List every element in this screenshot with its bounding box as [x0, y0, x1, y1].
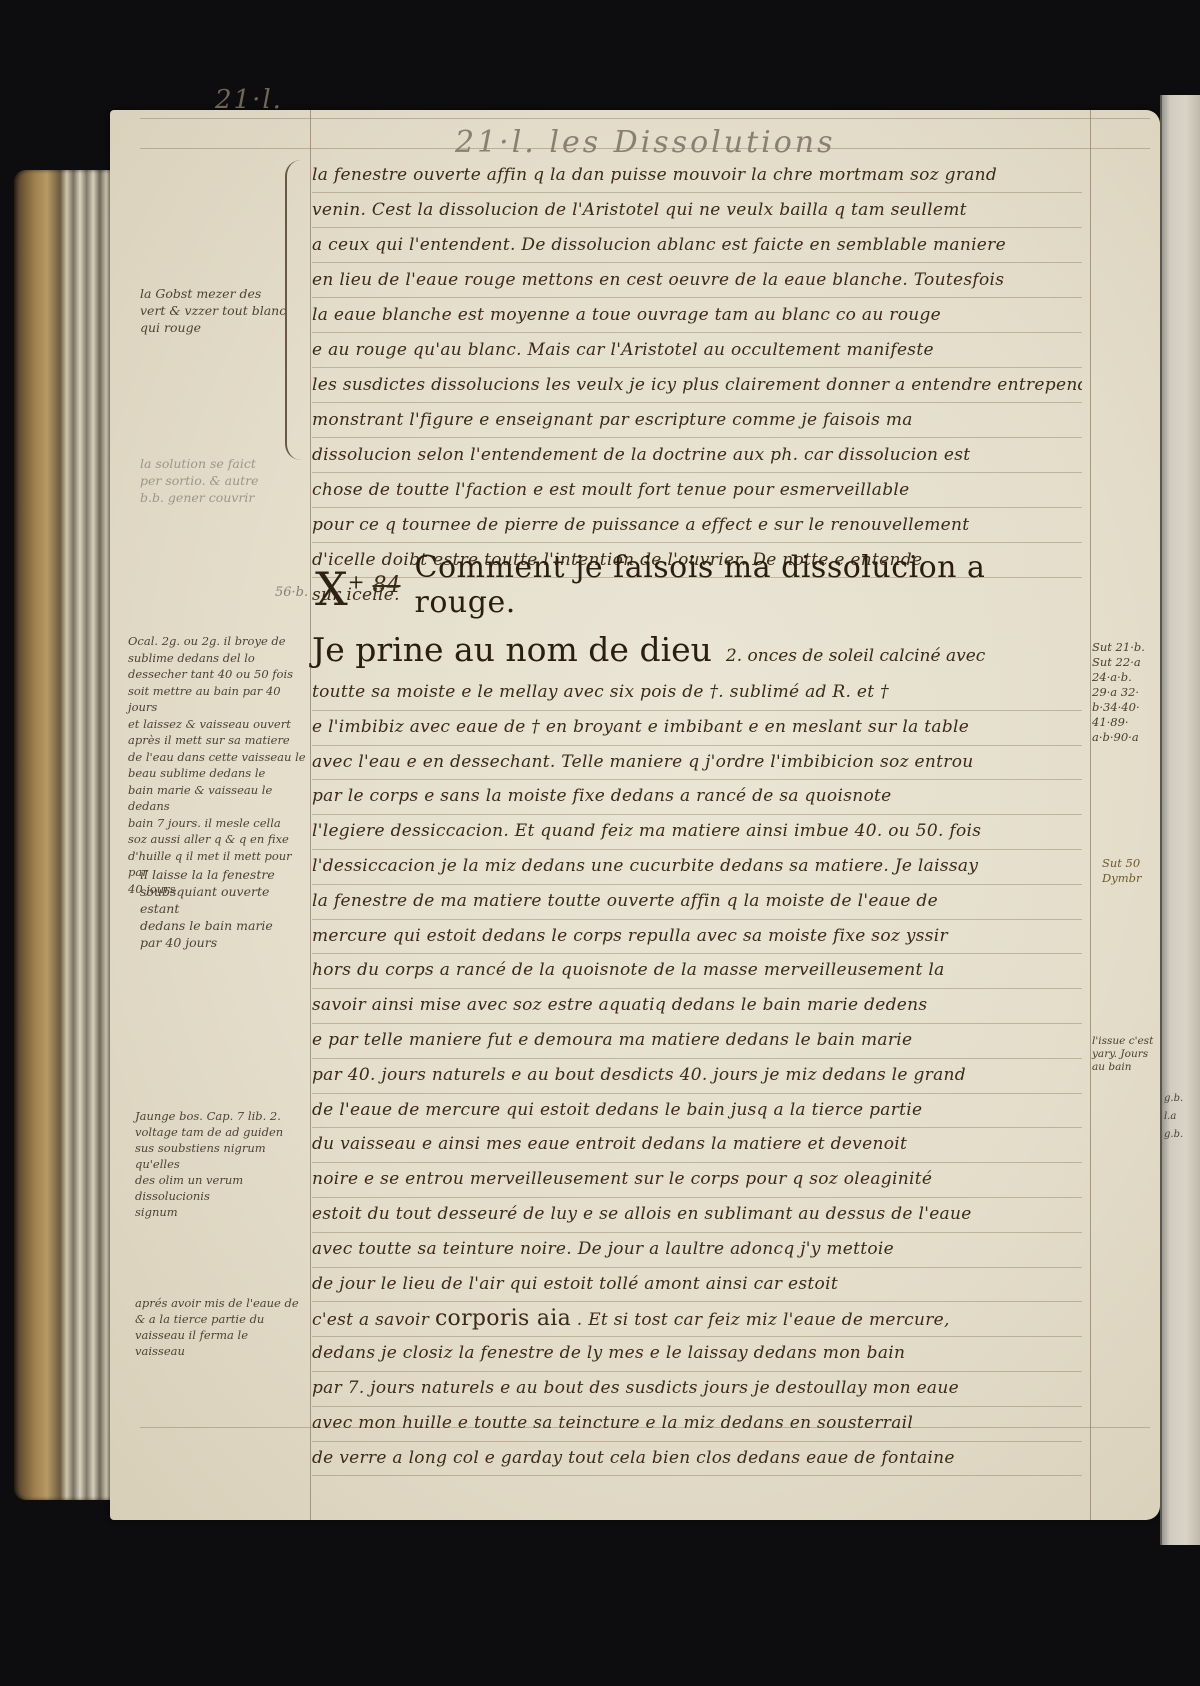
facing-page-notes: g.b. l.a g.b. — [1164, 1090, 1198, 1144]
text-line: e par telle maniere fut e demoura ma mat… — [312, 1024, 1082, 1059]
running-head: 21·l. les Dissolutions — [455, 125, 955, 160]
corpus-emphasis: corporis aia — [435, 1306, 571, 1331]
text-line: estoit du tout desseuré de luy e se allo… — [312, 1198, 1082, 1233]
text-line: l'dessiccacion je la miz dedans une cucu… — [312, 850, 1082, 885]
text-line: monstrant l'figure e enseignant par escr… — [312, 403, 1082, 438]
chapter-cross-mark: X+ — [315, 562, 365, 616]
corpus-line-before: c'est a savoir — [312, 1310, 429, 1330]
chapter-title: Comment je faisois ma dissolucion a roug… — [415, 550, 1095, 620]
text-line: par 7. jours naturels e au bout des susd… — [312, 1372, 1082, 1407]
text-line: par 40. jours naturels e au bout desdict… — [312, 1059, 1082, 1094]
text-line: venin. Cest la dissolucion de l'Aristote… — [312, 193, 1082, 228]
text-line: avec mon huille e toutte sa teincture e … — [312, 1407, 1082, 1442]
text-line: a ceux qui l'entendent. De dissolucion a… — [312, 228, 1082, 263]
cross-reference-list: Sut 21·b. Sut 22·a 24·a·b. 29·a 32· b·34… — [1092, 640, 1158, 745]
header-rule-1 — [140, 118, 1150, 119]
chapter-cross-reference: 56·b. — [275, 585, 308, 600]
text-line: chose de toutte l'faction e est moult fo… — [312, 473, 1082, 508]
text-line: de l'eaue de mercure qui estoit dedans l… — [312, 1094, 1082, 1129]
margin-note-1: la Gobst mezer des vert & vzzer tout bla… — [140, 285, 305, 336]
text-line: toutte sa moiste e le mellay avec six po… — [312, 676, 1082, 711]
margin-note-4: il laisse la la fenestre soubsquiant ouv… — [140, 866, 310, 951]
text-line: avec toutte sa teinture noire. De jour a… — [312, 1233, 1082, 1268]
text-line: la eaue blanche est moyenne a toue ouvra… — [312, 298, 1082, 333]
margin-note-6: aprés avoir mis de l'eaue de & a la tier… — [135, 1295, 310, 1359]
margin-note-2: la solution se faict per sortio. & autre… — [140, 455, 310, 506]
folio-number: 21·l. — [215, 85, 283, 115]
text-line: du vaisseau e ainsi mes eaue entroit ded… — [312, 1128, 1082, 1163]
main-text-block: la fenestre ouverte affin q la dan puiss… — [312, 158, 1082, 612]
corpus-line: c'est a savoir corporis aia . Et si tost… — [312, 1302, 1082, 1337]
text-line: mercure qui estoit dedans le corps repul… — [312, 920, 1082, 955]
main-text-block-2: toutte sa moiste e le mellay avec six po… — [312, 676, 1082, 1476]
text-line: e l'imbibiz avec eaue de † en broyant e … — [312, 711, 1082, 746]
chapter-heading: 56·b. X+ 84 Comment je faisois ma dissol… — [315, 555, 1095, 615]
text-line: en lieu de l'eaue rouge mettons en cest … — [312, 263, 1082, 298]
margin-note-right-bain: l'issue c'est yary. Jours au bain — [1092, 1035, 1158, 1074]
book-page-edges — [14, 170, 124, 1500]
text-line: dedans je closiz la fenestre de ly mes e… — [312, 1337, 1082, 1372]
text-line: la fenestre de ma matiere toutte ouverte… — [312, 885, 1082, 920]
left-margin-rule — [310, 110, 311, 1520]
chapter-number-struck: 84 — [373, 573, 401, 598]
margin-note-right-sut: Sut 50 Dymbr — [1102, 856, 1158, 886]
text-line: hors du corps a rancé de la quoisnote de… — [312, 954, 1082, 989]
corpus-line-after: . Et si tost car feiz miz l'eaue de merc… — [577, 1310, 950, 1330]
margin-note-3: Ocal. 2g. ou 2g. il broye de sublime ded… — [128, 633, 308, 897]
right-margin-rule — [1090, 110, 1091, 1520]
text-line: avec l'eau e en dessechant. Telle manier… — [312, 746, 1082, 781]
incipit-line: Je prine au nom de dieu 2. onces de sole… — [312, 630, 1092, 680]
text-line: de verre a long col e garday tout cela b… — [312, 1442, 1082, 1477]
incipit-continuation: 2. onces de soleil calciné avec — [726, 646, 985, 666]
text-line: pour ce q tournee de pierre de puissance… — [312, 508, 1082, 543]
text-line: de jour le lieu de l'air qui estoit toll… — [312, 1268, 1082, 1303]
text-line: e au rouge qu'au blanc. Mais car l'Arist… — [312, 333, 1082, 368]
facing-page-edge — [1160, 95, 1200, 1545]
margin-note-5: Jaunge bos. Cap. 7 lib. 2. voltage tam d… — [135, 1108, 310, 1220]
text-line: l'legiere dessiccacion. Et quand feiz ma… — [312, 815, 1082, 850]
text-line: dissolucion selon l'entendement de la do… — [312, 438, 1082, 473]
text-line: par le corps e sans la moiste fixe dedan… — [312, 780, 1082, 815]
text-line: les susdictes dissolucions les veulx je … — [312, 368, 1082, 403]
text-line: noire e se entrou merveilleusement sur l… — [312, 1163, 1082, 1198]
incipit-display: Je prine au nom de dieu — [312, 630, 712, 669]
text-line: la fenestre ouverte affin q la dan puiss… — [312, 158, 1082, 193]
text-line: savoir ainsi mise avec soz estre aquatiq… — [312, 989, 1082, 1024]
